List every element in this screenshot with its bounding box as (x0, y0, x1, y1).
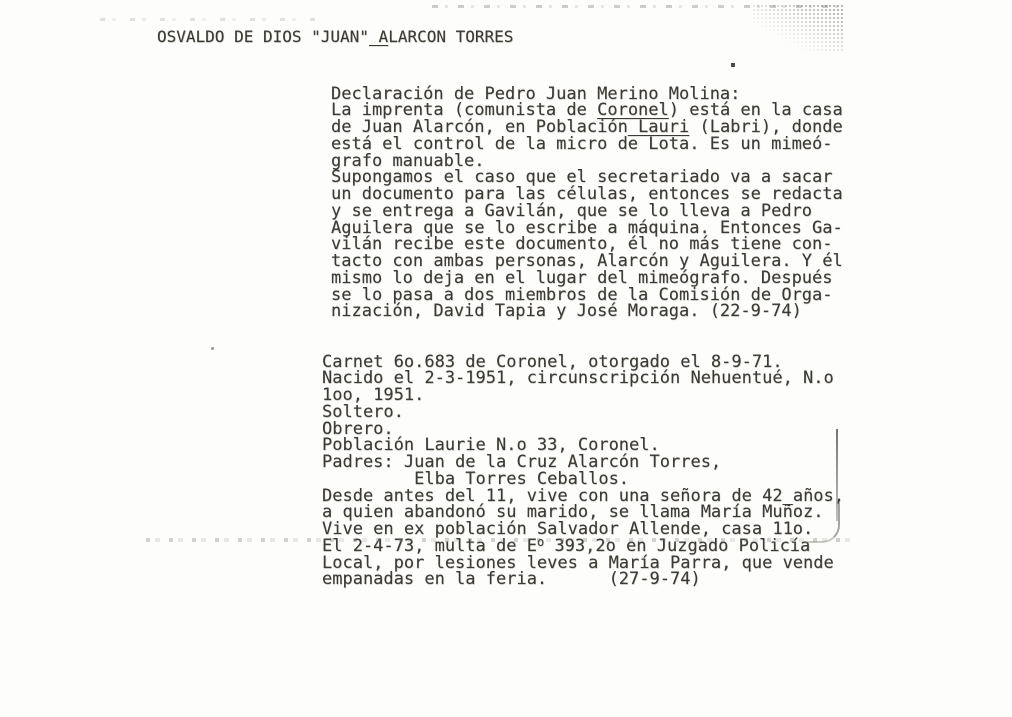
text-segment: nización, David Tapia y José Moraga. (22… (331, 301, 802, 321)
declaration-paragraph: Declaración de Pedro Juan Merino Molina:… (331, 86, 844, 321)
underlined-text: A (369, 27, 388, 46)
record-details: Carnet 6o.683 de Coronel, otorgado el 8-… (322, 354, 844, 589)
text-segment: empanadas en la feria. (27-9-74) (322, 569, 701, 589)
typed-line: nización, David Tapia y José Moraga. (22… (331, 303, 844, 320)
typed-body: Declaración de Pedro Juan Merino Molina:… (322, 52, 844, 622)
document-title: OSVALDO DE DIOS "JUAN" ALARCON TORRES (157, 27, 513, 46)
text-segment: OSVALDO DE DIOS "JUAN" (157, 27, 369, 46)
scan-artifact-halftone-smudge (752, 4, 844, 52)
text-segment: LARCON TORRES (388, 27, 513, 46)
superscript-text: o (537, 534, 544, 551)
scan-artifact-top-edge-left (100, 18, 320, 21)
typed-line: empanadas en la feria. (27-9-74) (322, 571, 844, 588)
scanned-document-page: OSVALDO DE DIOS "JUAN" ALARCON TORRES De… (0, 0, 1012, 717)
scan-artifact-top-edge (432, 5, 844, 8)
typed-line: Soltero. (322, 404, 844, 421)
scan-artifact-dot-speck (211, 347, 214, 350)
